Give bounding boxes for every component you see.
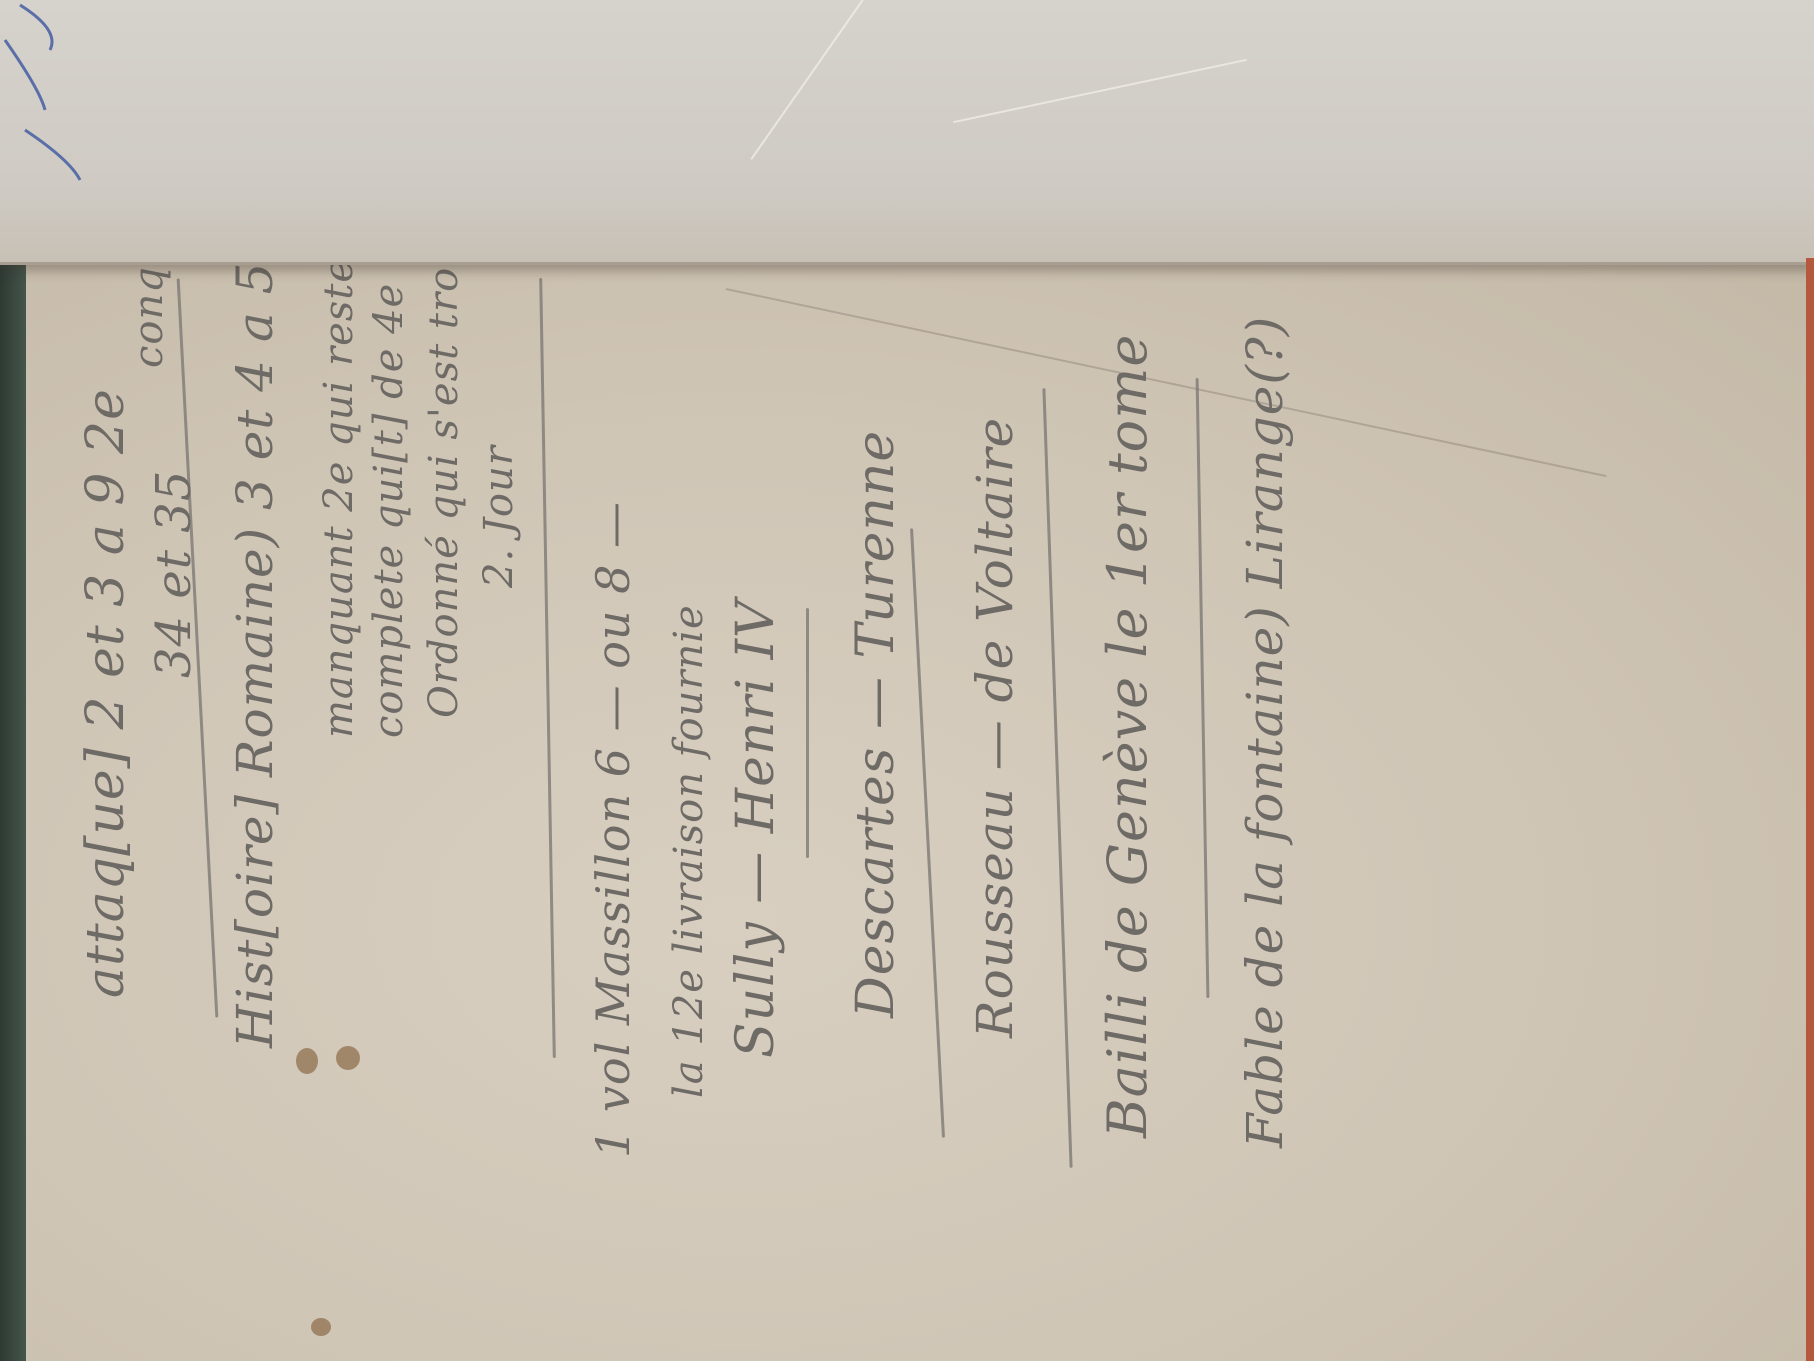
- handwritten-line: 1 vol Massillon 6 — ou 8 —: [586, 501, 640, 1158]
- handwritten-line: manquant 2e qui reste: [316, 258, 362, 738]
- handwritten-line: 34 et 35: [146, 470, 202, 678]
- handwritten-line: 2. Jour: [476, 445, 522, 588]
- handwritten-line: Rousseau — de Voltaire: [966, 417, 1024, 1038]
- section-divider: [539, 278, 556, 1058]
- foxing-stain: [336, 1046, 360, 1070]
- section-divider: [1042, 388, 1072, 1168]
- handwritten-line: attaq[ue] 2 et 3 a 9 2e: [76, 388, 136, 998]
- handwritten-line: Fable de la fontaine) Lirange(?): [1236, 316, 1294, 1148]
- handwritten-line: Bailli de Genève le 1er tome: [1096, 334, 1159, 1138]
- handwritten-line: Ordonné qui s'est trouvé: [421, 192, 467, 718]
- foxing-stain: [311, 1318, 331, 1336]
- handwritten-line: Descartes — Turenne: [846, 430, 906, 1018]
- handwritten-line: Sully — Henri IV: [726, 599, 786, 1058]
- section-divider: [806, 608, 809, 858]
- section-divider: [1196, 378, 1210, 998]
- blue-pen-mark-icon: [0, 0, 160, 200]
- paper-crease: [953, 59, 1247, 123]
- foxing-stain: [296, 1048, 318, 1074]
- section-divider: [910, 528, 945, 1137]
- handwritten-line: complete qui[t] de 4e: [366, 283, 412, 738]
- page-edge: [1806, 258, 1814, 1361]
- facing-endpaper: [0, 0, 1814, 265]
- book-page: attaq[ue] 2 et 3 a 9 2e 34 et 35 conque …: [26, 258, 1806, 1361]
- handwritten-line: Hist[oire] Romaine) 3 et 4 a 5 —: [226, 194, 284, 1048]
- handwritten-line: la 12e livraison fournie: [666, 604, 712, 1098]
- paper-crease: [750, 0, 889, 160]
